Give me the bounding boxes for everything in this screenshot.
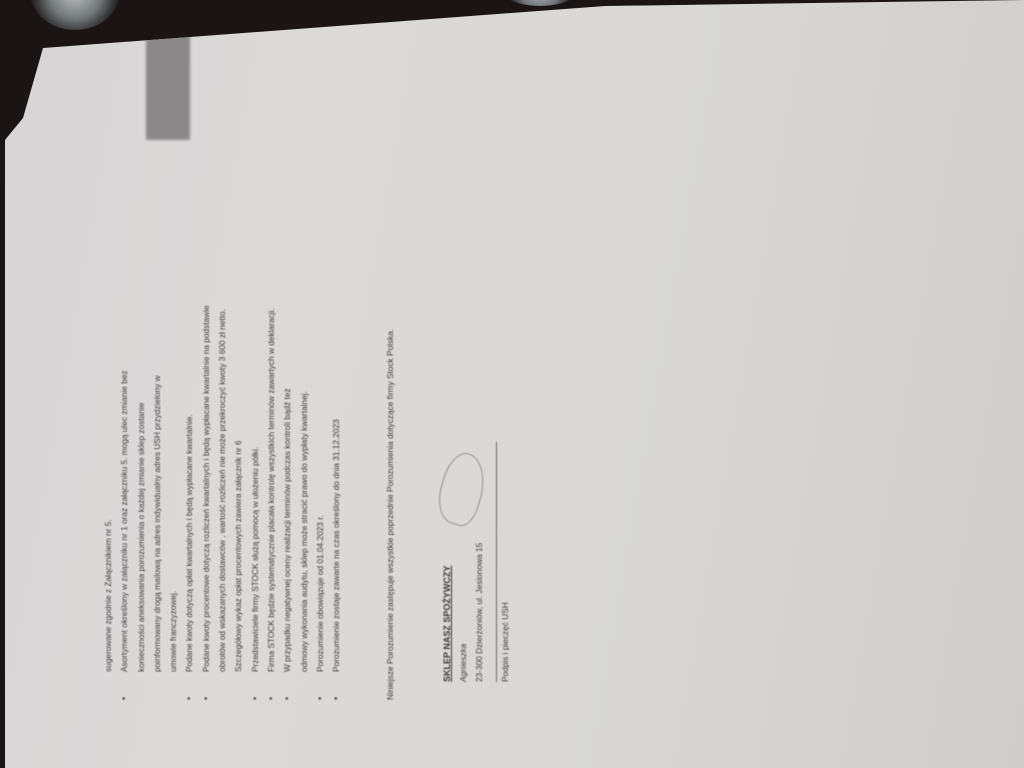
line-text: Asortyment określony w załączniku nr 1 o… (116, 370, 132, 672)
signature-block: SKLEP NASZ SPOŻYWCZY Agnieszka 23-300 Dz… (439, 50, 513, 700)
document-body: sugerowane zgodnie z Załącznikiem nr 5.•… (100, 50, 344, 700)
text-line: umowie franczyzowej. (165, 50, 181, 700)
line-text: Podane kwoty procentowe dotyczą rozlicze… (198, 305, 214, 672)
bullet-item: •Podane kwoty dotyczą opłat kwartalnych … (181, 50, 197, 700)
bullet-item: •Przedstawiciele firmy STOCK służą pomoc… (247, 50, 263, 700)
stamp-title: SKLEP NASZ SPOŻYWCZY (439, 50, 455, 682)
bullet-icon: • (116, 672, 132, 700)
bullet-item: •Porozumienie obowiązuje od 01.04.2023 r… (312, 50, 328, 700)
redacted-block (146, 30, 190, 140)
line-text: sugerowane zgodnie z Załącznikiem nr 5. (100, 519, 116, 672)
line-text: Porozumienie obowiązuje od 01.04.2023 r. (312, 515, 328, 672)
bullet-item: •Firma STOCK będzie systematycznie placa… (263, 50, 279, 700)
line-text: odmowy wykonania audytu, sklep może stra… (296, 391, 312, 672)
bullet-item: •Asortyment określony w załączniku nr 1 … (116, 50, 132, 700)
text-line: Szczegółowy wykaz opłat procentowych zaw… (230, 50, 246, 700)
line-text: Podane kwoty dotyczą opłat kwartalnych i… (181, 414, 197, 672)
bullet-icon: • (312, 672, 328, 700)
closing-statement: Niniejsze Porozumienie zastępuje wszystk… (382, 50, 398, 700)
bullet-item: •Porozumienie zostaje zawarte na czas ok… (328, 50, 344, 700)
line-text: poinformowany drogą mailową na adres ind… (149, 375, 165, 672)
rotated-document-content: sugerowane zgodnie z Załącznikiem nr 5.•… (100, 50, 520, 700)
bullet-icon: • (263, 672, 279, 700)
stamp-address: 23-300 Dzierżoniów, ul. Jesionowa 15 (471, 50, 487, 682)
background-object-top-right (500, 0, 580, 6)
bullet-icon: • (198, 672, 214, 700)
bullet-icon: • (247, 672, 263, 700)
signature-label: Podpis i pieczęć USH (497, 50, 513, 682)
line-text: obrotów od wskazanych dostawców , wartoś… (214, 309, 230, 672)
text-line: odmowy wykonania audytu, sklep może stra… (296, 50, 312, 700)
line-text: konieczności aneksowania porozumienia o … (133, 403, 149, 672)
background-object-top (30, 0, 120, 30)
line-text: Przedstawiciele firmy STOCK służą pomocą… (247, 447, 263, 672)
line-text: umowie franczyzowej. (165, 591, 181, 672)
bullet-icon: • (328, 672, 344, 700)
document-page: sugerowane zgodnie z Załącznikiem nr 5.•… (5, 0, 1024, 768)
bullet-icon: • (181, 672, 197, 700)
stamp-subtitle: Agnieszka (455, 50, 471, 682)
text-line: poinformowany drogą mailową na adres ind… (149, 50, 165, 700)
line-text: Porozumienie zostaje zawarte na czas okr… (328, 419, 344, 672)
text-line: sugerowane zgodnie z Załącznikiem nr 5. (100, 50, 116, 700)
line-text: Firma STOCK będzie systematycznie placał… (263, 308, 279, 672)
bullet-icon: • (279, 672, 295, 700)
text-line: obrotów od wskazanych dostawców , wartoś… (214, 50, 230, 700)
bullet-item: •Podane kwoty procentowe dotyczą rozlicz… (198, 50, 214, 700)
line-text: W przypadku negatywnej oceny realizacji … (279, 388, 295, 672)
line-text: Szczegółowy wykaz opłat procentowych zaw… (230, 441, 246, 673)
bullet-item: •W przypadku negatywnej oceny realizacji… (279, 50, 295, 700)
text-line: konieczności aneksowania porozumienia o … (133, 50, 149, 700)
